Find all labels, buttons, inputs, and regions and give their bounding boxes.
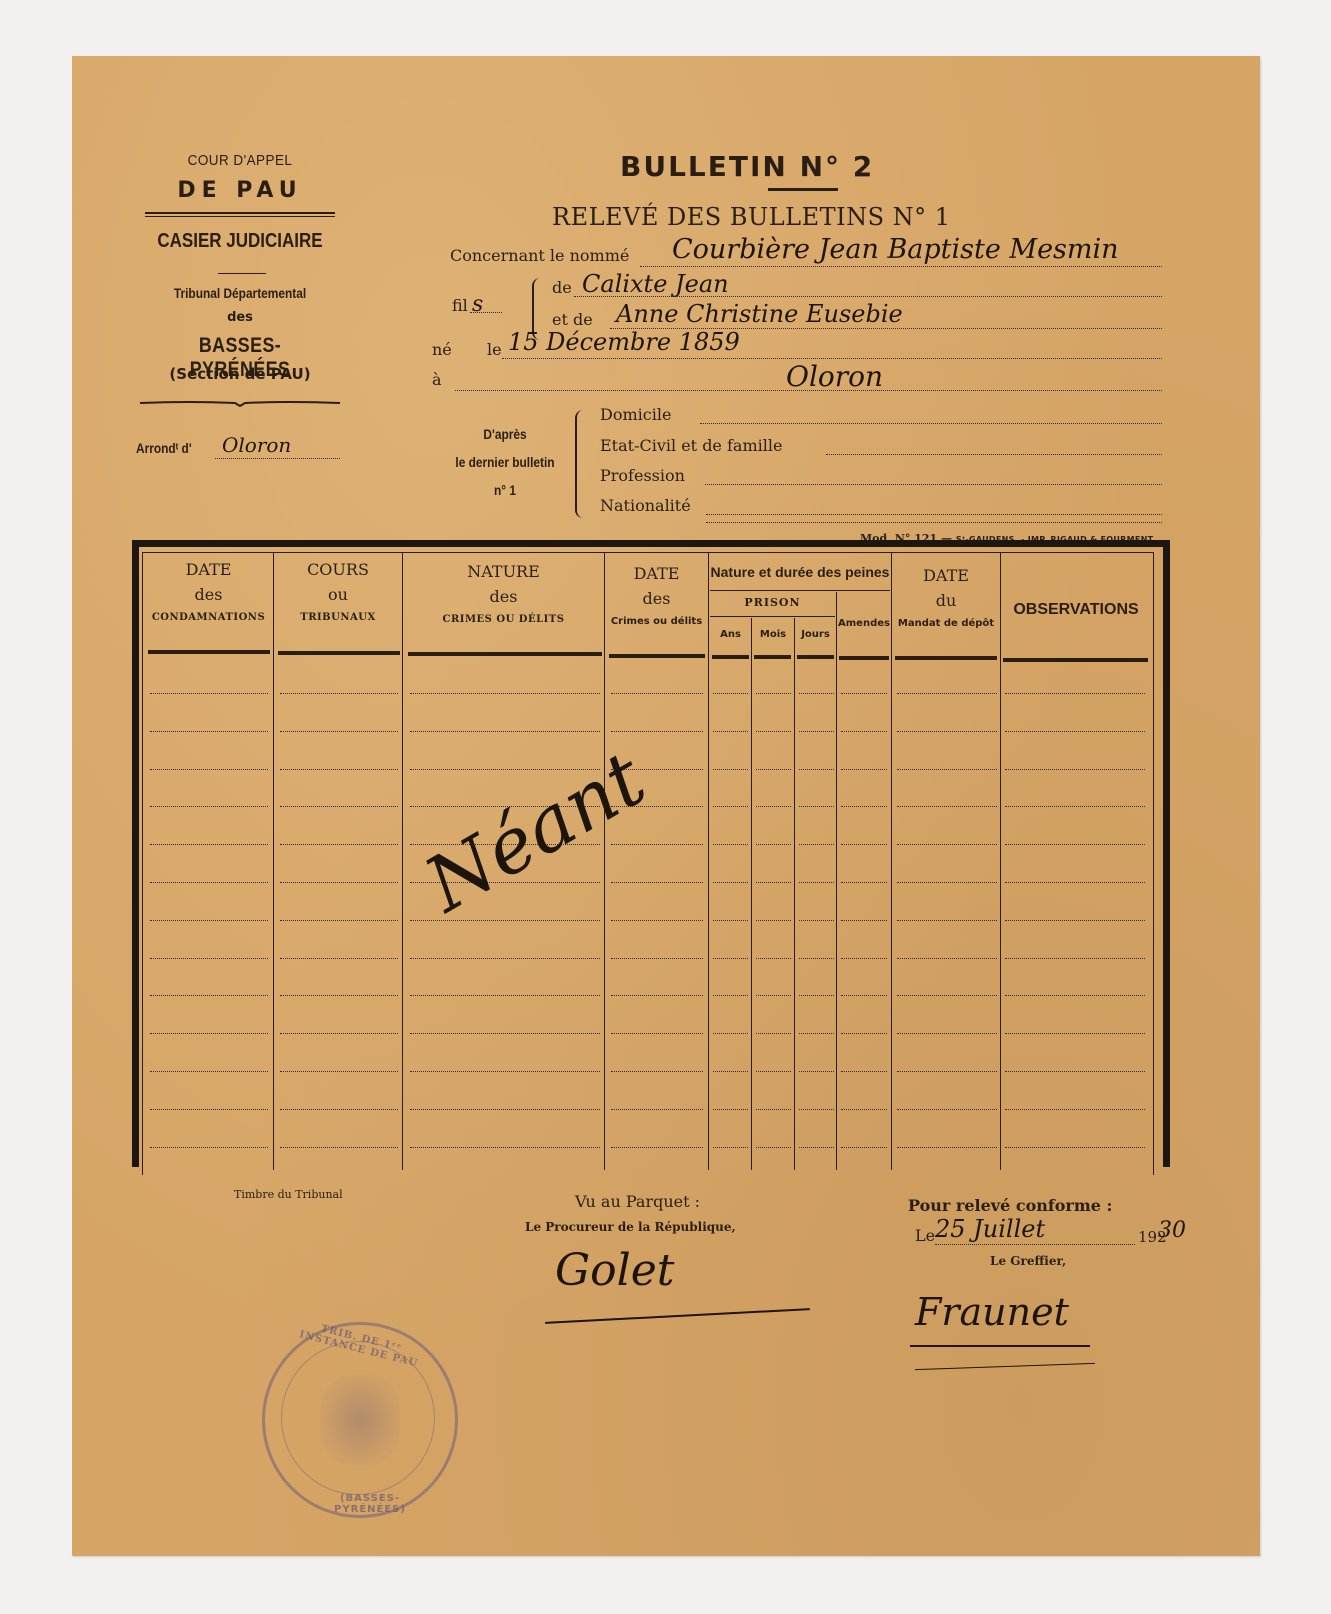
row-line <box>713 769 748 770</box>
row-line <box>841 1071 887 1072</box>
row-line <box>280 958 398 959</box>
row-line <box>841 1033 887 1034</box>
year-suffix: 30 <box>1158 1218 1186 1243</box>
last-bulletin-label-line1: D'après <box>446 420 565 448</box>
header-rule <box>710 616 835 617</box>
row-line <box>611 995 703 996</box>
row-line <box>841 958 887 959</box>
ne-label: né <box>432 340 452 359</box>
column-header-jours: Jours <box>795 629 836 640</box>
column-divider <box>604 553 605 1170</box>
last-bulletin-label-line3: n° 1 <box>446 476 565 504</box>
row-line <box>756 1071 791 1072</box>
header-bar <box>797 655 834 659</box>
row-line <box>1005 693 1145 694</box>
row-line <box>897 1071 997 1072</box>
row-line <box>841 995 887 996</box>
row-line <box>713 1071 748 1072</box>
row-line <box>756 1147 791 1148</box>
row-line <box>611 693 703 694</box>
header-text: du <box>892 591 1000 610</box>
row-line <box>841 882 887 883</box>
row-line <box>150 693 268 694</box>
court-title-line1: COUR D'APPEL <box>150 152 330 169</box>
header-text: ou <box>274 585 402 604</box>
ornamental-rule <box>140 398 340 408</box>
row-line <box>410 1071 600 1072</box>
header-text: DATE <box>605 564 708 583</box>
row-line <box>150 920 268 921</box>
row-line <box>841 693 887 694</box>
date-value: 25 Juillet <box>935 1215 1045 1243</box>
row-line <box>280 806 398 807</box>
birth-date-value: 15 Décembre 1859 <box>508 328 740 356</box>
header-rule <box>710 590 890 591</box>
row-line <box>799 844 834 845</box>
row-line <box>611 1033 703 1034</box>
divider <box>768 188 838 191</box>
brace <box>575 410 585 518</box>
concernant-label: Concernant le nommé <box>450 246 629 265</box>
procureur-signature: Golet <box>555 1245 674 1296</box>
row-line <box>841 844 887 845</box>
row-line <box>1005 1147 1145 1148</box>
row-line <box>799 693 834 694</box>
row-line <box>713 731 748 732</box>
row-line <box>799 1147 834 1148</box>
column-divider <box>1000 553 1001 1170</box>
row-line <box>410 920 600 921</box>
row-line <box>150 995 268 996</box>
row-line <box>756 844 791 845</box>
row-line <box>756 693 791 694</box>
header-text: DATE <box>892 566 1000 585</box>
row-line <box>799 731 834 732</box>
fils-label: fil <box>452 296 468 315</box>
column-header-mandat-depot: DATE du Mandat de dépôt <box>892 566 1000 629</box>
arrondissement-field-line <box>215 458 340 459</box>
row-line <box>897 995 997 996</box>
le-label: le <box>487 340 502 359</box>
row-line <box>897 882 997 883</box>
row-line <box>799 882 834 883</box>
row-line <box>841 1109 887 1110</box>
row-line <box>280 731 398 732</box>
row-line <box>799 1109 834 1110</box>
last-bulletin-label-line2: le dernier bulletin <box>446 448 565 476</box>
etat-civil-field-line <box>826 454 1162 455</box>
row-line <box>150 1071 268 1072</box>
row-line <box>1005 958 1145 959</box>
row-line <box>1005 1033 1145 1034</box>
row-line <box>611 920 703 921</box>
row-line <box>841 1147 887 1148</box>
court-title-line2: DE PAU <box>140 178 340 203</box>
row-line <box>799 769 834 770</box>
row-line <box>756 731 791 732</box>
birth-place-value: Oloron <box>786 360 883 393</box>
tribunal-label: Tribunal Départemental <box>155 285 325 301</box>
fils-suffix: s <box>472 292 483 317</box>
row-line <box>756 920 791 921</box>
row-line <box>280 1147 398 1148</box>
nationalite-field-line <box>706 514 1162 515</box>
column-divider <box>836 592 837 1170</box>
row-line <box>410 1147 600 1148</box>
header-bar <box>895 656 997 660</box>
row-line <box>756 995 791 996</box>
column-group-prison: PRISON <box>710 596 835 609</box>
row-line <box>897 693 997 694</box>
greffier-signature: Fraunet <box>915 1290 1069 1334</box>
row-line <box>897 1033 997 1034</box>
header-bar <box>754 655 791 659</box>
row-line <box>713 995 748 996</box>
header-text: TRIBUNAUX <box>274 612 402 623</box>
column-divider <box>273 553 274 1170</box>
row-line <box>280 844 398 845</box>
profession-field-line <box>705 484 1162 485</box>
des-label: des <box>140 310 340 325</box>
father-value: Calixte Jean <box>582 270 729 298</box>
row-line <box>611 1071 703 1072</box>
stamp-emblem-icon <box>320 1375 400 1465</box>
row-line <box>1005 882 1145 883</box>
row-line <box>756 806 791 807</box>
date-field-line <box>935 1244 1135 1245</box>
row-line <box>897 1147 997 1148</box>
row-line <box>611 731 703 732</box>
column-divider <box>891 553 892 1170</box>
column-divider <box>708 553 709 1170</box>
row-line <box>1005 920 1145 921</box>
field-label-profession: Profession <box>600 466 685 485</box>
row-line <box>713 882 748 883</box>
row-line <box>1005 844 1145 845</box>
greffier-label: Le Greffier, <box>990 1254 1066 1268</box>
row-line <box>1005 769 1145 770</box>
row-line <box>150 882 268 883</box>
row-line <box>756 958 791 959</box>
column-header-amendes: Amendes <box>837 618 891 629</box>
row-line <box>713 920 748 921</box>
row-line <box>150 731 268 732</box>
header-bar <box>148 650 270 654</box>
row-line <box>1005 1071 1145 1072</box>
last-bulletin-label: D'après le dernier bulletin n° 1 <box>446 420 565 504</box>
row-line <box>897 769 997 770</box>
name-value: Courbière Jean Baptiste Mesmin <box>672 234 1119 265</box>
header-bar <box>278 651 400 655</box>
column-group-peines: Nature et durée des peines <box>710 564 890 580</box>
header-bar <box>609 654 705 658</box>
row-line <box>756 1109 791 1110</box>
column-divider <box>402 553 403 1170</box>
row-line <box>1005 806 1145 807</box>
parquet-title: Vu au Parquet : <box>575 1192 700 1211</box>
field-label-domicile: Domicile <box>600 405 671 424</box>
header-text: CRIMES OU DÉLITS <box>403 614 604 625</box>
row-line <box>150 958 268 959</box>
row-line <box>280 1071 398 1072</box>
field-label-etat-civil: Etat-Civil et de famille <box>600 436 782 455</box>
column-header-mois: Mois <box>752 629 794 640</box>
father-label: de <box>552 278 572 297</box>
mother-label: et de <box>552 310 593 329</box>
row-line <box>713 806 748 807</box>
header-text: des <box>144 585 273 604</box>
row-line <box>1005 1109 1145 1110</box>
row-line <box>280 882 398 883</box>
row-line <box>280 1109 398 1110</box>
row-line <box>410 693 600 694</box>
header-text: CONDAMNATIONS <box>144 612 273 623</box>
arrondissement-label: Arrondᵗ d' <box>136 440 192 456</box>
row-line <box>713 844 748 845</box>
row-line <box>1005 995 1145 996</box>
header-text: des <box>605 589 708 608</box>
row-line <box>150 1033 268 1034</box>
row-line <box>280 920 398 921</box>
document-title: BULLETIN N° 2 <box>620 150 1020 183</box>
row-line <box>897 920 997 921</box>
column-header-observations: OBSERVATIONS <box>1001 601 1151 619</box>
row-line <box>611 1147 703 1148</box>
row-line <box>897 806 997 807</box>
header-text: COURS <box>274 560 402 579</box>
row-line <box>280 1033 398 1034</box>
date-label: Le <box>915 1226 935 1245</box>
row-line <box>713 1147 748 1148</box>
mother-value: Anne Christine Eusebie <box>616 300 903 328</box>
header-text: des <box>403 587 604 606</box>
row-line <box>799 806 834 807</box>
row-line <box>280 995 398 996</box>
procureur-label: Le Procureur de la République, <box>525 1220 736 1234</box>
column-header-date-crimes: DATE des Crimes ou délits <box>605 564 708 627</box>
row-line <box>841 769 887 770</box>
row-line <box>280 693 398 694</box>
row-line <box>897 844 997 845</box>
row-line <box>897 1109 997 1110</box>
row-line <box>799 920 834 921</box>
row-line <box>713 1109 748 1110</box>
column-divider <box>751 618 752 1170</box>
row-line <box>280 769 398 770</box>
stamp-text-bottom: (BASSES-PYRÉNÉES) <box>310 1493 430 1515</box>
row-line <box>713 958 748 959</box>
domicile-field-line <box>700 423 1162 424</box>
row-line <box>150 806 268 807</box>
row-line <box>799 995 834 996</box>
column-header-nature-crimes: NATURE des CRIMES OU DÉLITS <box>403 562 604 625</box>
row-line <box>841 731 887 732</box>
header-bar <box>1003 658 1148 662</box>
column-divider <box>794 618 795 1170</box>
a-label: à <box>432 370 442 389</box>
row-line <box>611 882 703 883</box>
field-label-nationalite: Nationalité <box>600 496 691 515</box>
row-line <box>897 958 997 959</box>
row-line <box>841 920 887 921</box>
divider <box>145 212 335 214</box>
row-line <box>611 958 703 959</box>
row-line <box>611 1109 703 1110</box>
row-line <box>799 958 834 959</box>
divider <box>145 216 335 217</box>
arrondissement-value: Oloron <box>222 433 291 457</box>
document-subtitle: RELEVÉ DES BULLETINS N° 1 <box>552 203 951 231</box>
row-line <box>841 806 887 807</box>
birth-date-field-line <box>502 358 1162 359</box>
header-text: NATURE <box>403 562 604 581</box>
row-line <box>611 844 703 845</box>
row-line <box>150 1147 268 1148</box>
row-line <box>150 844 268 845</box>
row-line <box>713 693 748 694</box>
registry-title: CASIER JUDICIAIRE <box>155 230 325 253</box>
row-line <box>713 1033 748 1034</box>
row-line <box>410 1033 600 1034</box>
conforme-title: Pour relevé conforme : <box>908 1196 1112 1215</box>
row-line <box>150 1109 268 1110</box>
divider <box>218 273 266 274</box>
row-line <box>410 1109 600 1110</box>
signature-stroke <box>910 1345 1090 1347</box>
header-text: Crimes ou délits <box>605 616 708 627</box>
stamp-label: Timbre du Tribunal <box>234 1188 343 1201</box>
record-table <box>142 552 1154 1175</box>
row-line <box>756 769 791 770</box>
column-header-date-condamnations: DATE des CONDAMNATIONS <box>144 560 273 623</box>
row-line <box>756 882 791 883</box>
column-header-ans: Ans <box>710 629 751 640</box>
row-line <box>1005 731 1145 732</box>
column-header-cours-tribunaux: COURS ou TRIBUNAUX <box>274 560 402 623</box>
tribunal-stamp: TRIB. DE 1ʳᵉ INSTANCE DE PAU (BASSES-PYR… <box>262 1322 458 1518</box>
row-line <box>410 958 600 959</box>
section-label: (Section de PAU) <box>140 365 340 383</box>
name-field-line <box>640 266 1162 267</box>
row-line <box>897 731 997 732</box>
row-line <box>150 769 268 770</box>
row-line <box>410 995 600 996</box>
header-text: Mandat de dépôt <box>892 618 1000 629</box>
row-line <box>756 1033 791 1034</box>
extra-field-line <box>706 522 1162 523</box>
row-line <box>799 1033 834 1034</box>
row-line <box>410 731 600 732</box>
header-bar <box>839 656 889 660</box>
header-bar <box>712 655 749 659</box>
header-bar <box>408 652 602 656</box>
header-text: DATE <box>144 560 273 579</box>
row-line <box>799 1071 834 1072</box>
